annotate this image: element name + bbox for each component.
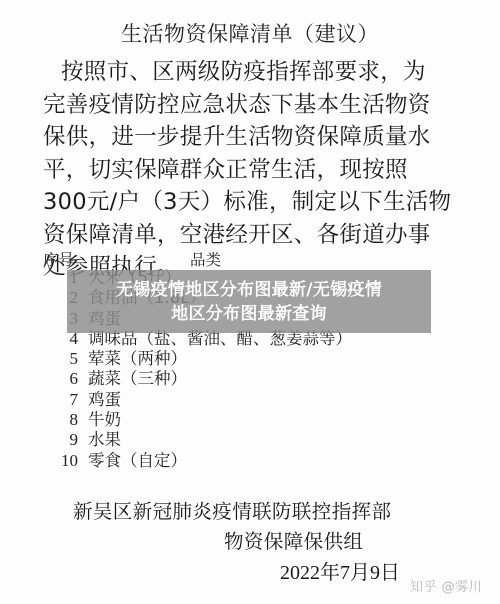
table-row: 9 水果 xyxy=(50,430,380,450)
table-row: 7 鸡蛋 xyxy=(50,390,380,410)
paragraph-line: 300元/户（3天）标准，制定以下生活物 xyxy=(43,186,463,219)
column-header-category: 品类 xyxy=(190,248,221,270)
row-item: 蔬菜（三种） xyxy=(88,369,187,389)
paragraph-line: 资保障清单，空港经开区、各街道办事 xyxy=(43,219,463,252)
caption-overlay-banner: 无锡疫情地区分布图最新/无锡疫情 地区分布图最新查询 xyxy=(67,270,431,333)
row-item: 零食（自定） xyxy=(88,451,187,471)
row-item: 荤菜（两种） xyxy=(88,349,187,369)
paragraph-line: 完善疫情防控应急状态下基本生活物资 xyxy=(43,89,463,122)
row-number: 6 xyxy=(50,369,88,389)
document-body-paragraph: 按照市、区两级防疫指挥部要求，为 完善疫情防控应急状态下基本生活物资 保供，进一… xyxy=(43,56,463,284)
paragraph-line: 平，切实保障群众正常生活，现按照 xyxy=(43,154,463,187)
row-item: 水果 xyxy=(88,430,121,450)
row-item: 牛奶 xyxy=(88,410,121,430)
table-row: 10 零食（自定） xyxy=(50,451,380,471)
table-row: 5 荤菜（两种） xyxy=(50,349,380,369)
overlay-caption-line: 地区分布图最新查询 xyxy=(171,302,327,326)
row-number: 8 xyxy=(50,410,88,430)
signing-organization: 新吴区新冠肺炎疫情联防联控指挥部 xyxy=(73,496,391,524)
row-number: 9 xyxy=(50,430,88,450)
row-number: 5 xyxy=(50,349,88,369)
overlay-caption-line: 无锡疫情地区分布图最新/无锡疫情 xyxy=(116,278,382,302)
signing-group: 物资保障保供组 xyxy=(224,526,363,554)
column-header-number: 序号 xyxy=(43,248,74,270)
row-item: 鸡蛋 xyxy=(88,390,121,410)
table-row: 6 蔬菜（三种） xyxy=(50,369,380,389)
paragraph-line: 按照市、区两级防疫指挥部要求，为 xyxy=(43,56,463,89)
signing-date: 2022年7月9日 xyxy=(280,556,400,585)
document-page: 生活物资保障清单（建议） 按照市、区两级防疫指挥部要求，为 完善疫情防控应急状态… xyxy=(0,0,500,604)
row-number: 10 xyxy=(50,451,88,471)
paragraph-line: 保供，进一步提升生活物资保障质量水 xyxy=(43,121,463,154)
source-watermark: 知乎 @雾川 xyxy=(410,576,482,595)
row-number: 7 xyxy=(50,390,88,410)
document-title: 生活物资保障清单（建议） xyxy=(0,18,500,48)
table-row: 8 牛奶 xyxy=(50,410,380,430)
